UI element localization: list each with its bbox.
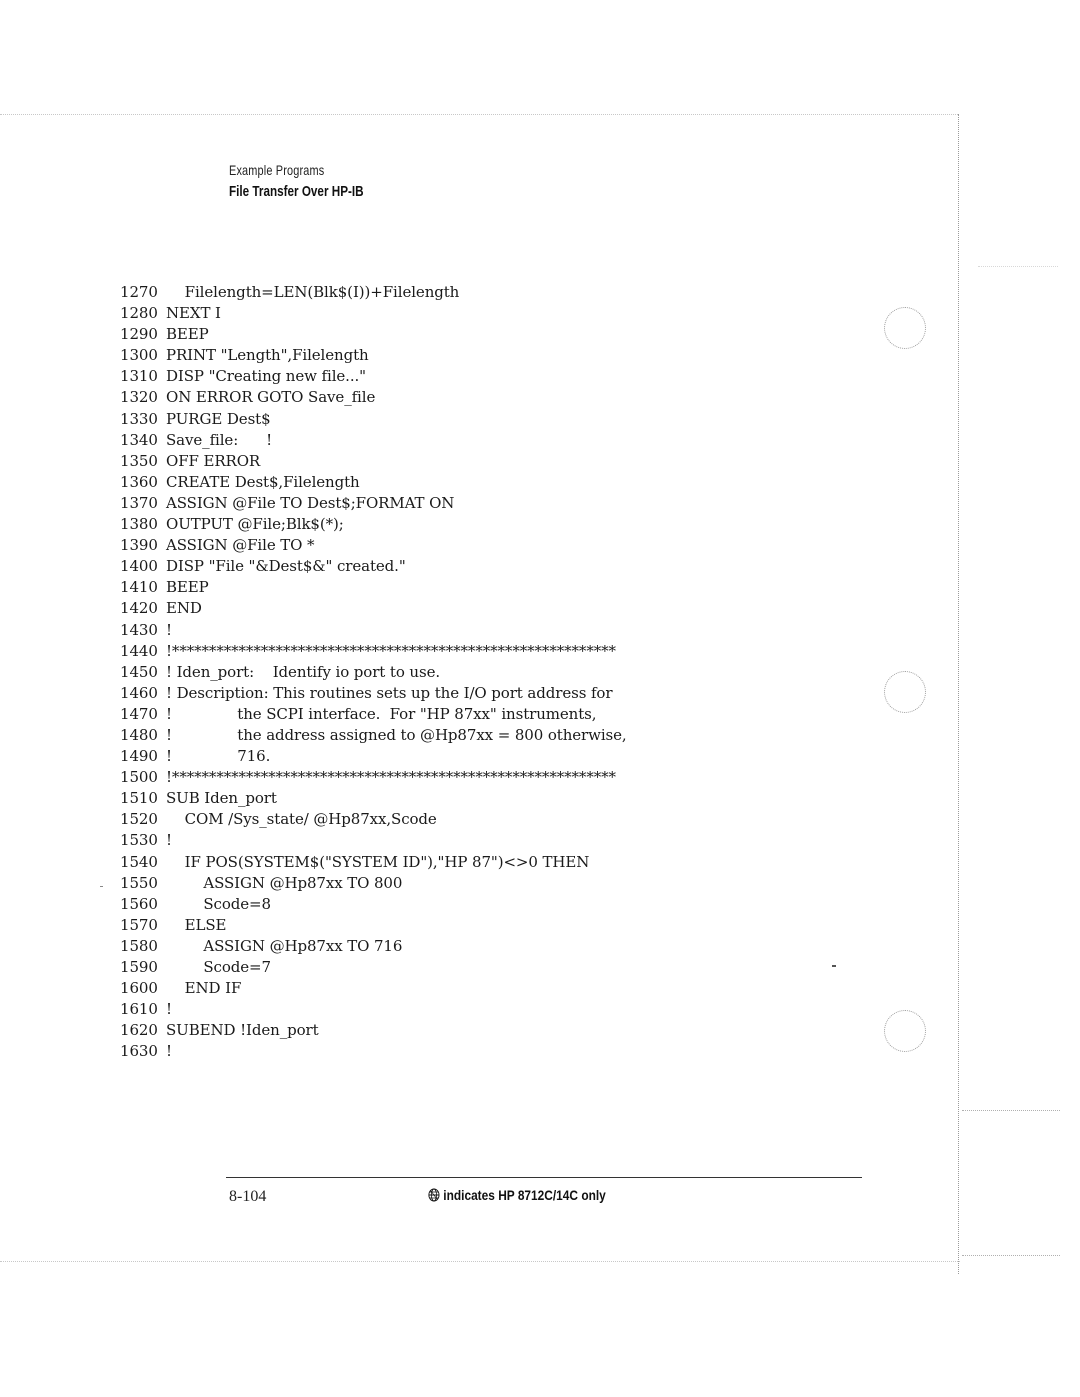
- line-number: 1440: [120, 641, 166, 662]
- line-number: 1390: [120, 535, 166, 556]
- line-number: 1530: [120, 830, 166, 851]
- line-number: 1310: [120, 366, 166, 387]
- line-number: 1470: [120, 704, 166, 725]
- line-text: END IF: [166, 979, 241, 997]
- line-text: ELSE: [166, 916, 226, 934]
- code-line: 1480! the address assigned to @Hp87xx = …: [120, 725, 627, 746]
- line-text: PURGE Dest$: [166, 410, 271, 428]
- code-line: 1490! 716.: [120, 746, 627, 767]
- code-line: 1350OFF ERROR: [120, 451, 627, 472]
- line-number: 1290: [120, 324, 166, 345]
- scan-speck: [100, 886, 103, 887]
- line-text: ASSIGN @File TO Dest$;FORMAT ON: [166, 494, 454, 512]
- code-line: 1290BEEP: [120, 324, 627, 345]
- code-line: 1410BEEP: [120, 577, 627, 598]
- punch-hole-bottom: [884, 1010, 926, 1052]
- code-line: 1390ASSIGN @File TO *: [120, 535, 627, 556]
- line-text: SUB Iden_port: [166, 789, 277, 807]
- line-text: !: [166, 1000, 172, 1018]
- line-text: END: [166, 599, 202, 617]
- line-text: ASSIGN @File TO *: [166, 536, 314, 554]
- line-number: 1550: [120, 873, 166, 894]
- line-number: 1560: [120, 894, 166, 915]
- line-number: 1400: [120, 556, 166, 577]
- line-text: !***************************************…: [166, 642, 616, 660]
- code-line: 1470! the SCPI interface. For "HP 87xx" …: [120, 704, 627, 725]
- code-line: 1380OUTPUT @File;Blk$(*);: [120, 514, 627, 535]
- line-number: 1280: [120, 303, 166, 324]
- line-text: !***************************************…: [166, 768, 616, 786]
- globe-icon: [428, 1188, 440, 1202]
- code-line: 1560 Scode=8: [120, 894, 627, 915]
- line-number: 1620: [120, 1020, 166, 1041]
- line-text: NEXT I: [166, 304, 221, 322]
- code-line: 1630!: [120, 1041, 627, 1062]
- code-line: 1400DISP "File "&Dest$&" created.": [120, 556, 627, 577]
- line-text: ASSIGN @Hp87xx TO 716: [166, 937, 402, 955]
- code-line: 1300PRINT "Length",Filelength: [120, 345, 627, 366]
- code-line: 1550 ASSIGN @Hp87xx TO 800: [120, 873, 627, 894]
- line-number: 1380: [120, 514, 166, 535]
- punch-hole-middle: [884, 671, 926, 713]
- scan-edge-top: [0, 114, 958, 115]
- line-text: BEEP: [166, 578, 209, 596]
- scan-artifact: [978, 266, 1058, 267]
- line-number: 1480: [120, 725, 166, 746]
- code-line: 1530!: [120, 830, 627, 851]
- line-number: 1410: [120, 577, 166, 598]
- code-line: 1340Save_file: !: [120, 430, 627, 451]
- line-number: 1370: [120, 493, 166, 514]
- line-text: OFF ERROR: [166, 452, 260, 470]
- code-line: 1360CREATE Dest$,Filelength: [120, 472, 627, 493]
- scan-edge-bottom: [0, 1261, 960, 1262]
- code-line: 1600 END IF: [120, 978, 627, 999]
- line-text: DISP "File "&Dest$&" created.": [166, 557, 406, 575]
- line-text: BEEP: [166, 325, 209, 343]
- code-line: 1270 Filelength=LEN(Blk$(I))+Filelength: [120, 282, 627, 303]
- code-line: 1570 ELSE: [120, 915, 627, 936]
- line-number: 1570: [120, 915, 166, 936]
- footnote: indicates HP 8712C/14C only: [428, 1187, 606, 1203]
- code-line: 1520 COM /Sys_state/ @Hp87xx,Scode: [120, 809, 627, 830]
- line-number: 1360: [120, 472, 166, 493]
- line-number: 1420: [120, 598, 166, 619]
- punch-hole-top: [884, 307, 926, 349]
- line-text: ! the SCPI interface. For "HP 87xx" inst…: [166, 705, 596, 723]
- line-number: 1600: [120, 978, 166, 999]
- line-number: 1320: [120, 387, 166, 408]
- line-number: 1500: [120, 767, 166, 788]
- line-text: Filelength=LEN(Blk$(I))+Filelength: [166, 283, 459, 301]
- code-line: 1370ASSIGN @File TO Dest$;FORMAT ON: [120, 493, 627, 514]
- code-line: 1280NEXT I: [120, 303, 627, 324]
- line-number: 1350: [120, 451, 166, 472]
- section-label: Example Programs: [229, 162, 364, 178]
- line-number: 1430: [120, 620, 166, 641]
- code-line: 1430!: [120, 620, 627, 641]
- line-number: 1580: [120, 936, 166, 957]
- code-line: 1540 IF POS(SYSTEM$("SYSTEM ID"),"HP 87"…: [120, 852, 627, 873]
- code-line: 1450! Iden_port: Identify io port to use…: [120, 662, 627, 683]
- line-text: Scode=7: [166, 958, 271, 976]
- line-text: COM /Sys_state/ @Hp87xx,Scode: [166, 810, 437, 828]
- line-number: 1450: [120, 662, 166, 683]
- code-line: 1320ON ERROR GOTO Save_file: [120, 387, 627, 408]
- code-line: 1610!: [120, 999, 627, 1020]
- code-line: 1580 ASSIGN @Hp87xx TO 716: [120, 936, 627, 957]
- page-number: 8-104: [229, 1188, 266, 1206]
- line-number: 1340: [120, 430, 166, 451]
- page-header: Example Programs File Transfer Over HP-I…: [229, 162, 402, 200]
- line-number: 1610: [120, 999, 166, 1020]
- footer-rule: [226, 1177, 862, 1178]
- line-text: ! Iden_port: Identify io port to use.: [166, 663, 440, 681]
- line-text: ASSIGN @Hp87xx TO 800: [166, 874, 402, 892]
- line-text: Save_file: !: [166, 431, 272, 449]
- line-number: 1540: [120, 852, 166, 873]
- line-number: 1300: [120, 345, 166, 366]
- code-line: 1590 Scode=7: [120, 957, 627, 978]
- code-line: 1440!***********************************…: [120, 641, 627, 662]
- line-text: ! Description: This routines sets up the…: [166, 684, 612, 702]
- code-line: 1500!***********************************…: [120, 767, 627, 788]
- code-line: 1330PURGE Dest$: [120, 409, 627, 430]
- scan-edge-tab-1: [962, 1110, 1060, 1111]
- line-text: ON ERROR GOTO Save_file: [166, 388, 375, 406]
- line-text: ! 716.: [166, 747, 270, 765]
- code-line: 1460! Description: This routines sets up…: [120, 683, 627, 704]
- line-text: CREATE Dest$,Filelength: [166, 473, 360, 491]
- line-text: ! the address assigned to @Hp87xx = 800 …: [166, 726, 627, 744]
- code-listing: 1270 Filelength=LEN(Blk$(I))+Filelength1…: [120, 282, 627, 1062]
- code-line: 1310DISP "Creating new file...": [120, 366, 627, 387]
- line-text: OUTPUT @File;Blk$(*);: [166, 515, 344, 533]
- code-line: 1420END: [120, 598, 627, 619]
- line-number: 1490: [120, 746, 166, 767]
- line-text: IF POS(SYSTEM$("SYSTEM ID"),"HP 87")<>0 …: [166, 853, 589, 871]
- line-text: !: [166, 621, 172, 639]
- line-text: Scode=8: [166, 895, 271, 913]
- scan-edge-right: [958, 114, 959, 1274]
- scan-speck: [832, 965, 836, 967]
- line-number: 1460: [120, 683, 166, 704]
- line-number: 1630: [120, 1041, 166, 1062]
- line-text: !: [166, 1042, 172, 1060]
- line-number: 1510: [120, 788, 166, 809]
- line-text: !: [166, 831, 172, 849]
- code-line: 1620SUBEND !Iden_port: [120, 1020, 627, 1041]
- line-number: 1270: [120, 282, 166, 303]
- footnote-text: indicates HP 8712C/14C only: [443, 1187, 605, 1203]
- scan-edge-tab-2: [962, 1255, 1060, 1256]
- section-title: File Transfer Over HP-IB: [229, 183, 364, 200]
- line-number: 1520: [120, 809, 166, 830]
- code-line: 1510SUB Iden_port: [120, 788, 627, 809]
- line-number: 1330: [120, 409, 166, 430]
- line-text: SUBEND !Iden_port: [166, 1021, 319, 1039]
- line-text: PRINT "Length",Filelength: [166, 346, 369, 364]
- line-text: DISP "Creating new file...": [166, 367, 366, 385]
- line-number: 1590: [120, 957, 166, 978]
